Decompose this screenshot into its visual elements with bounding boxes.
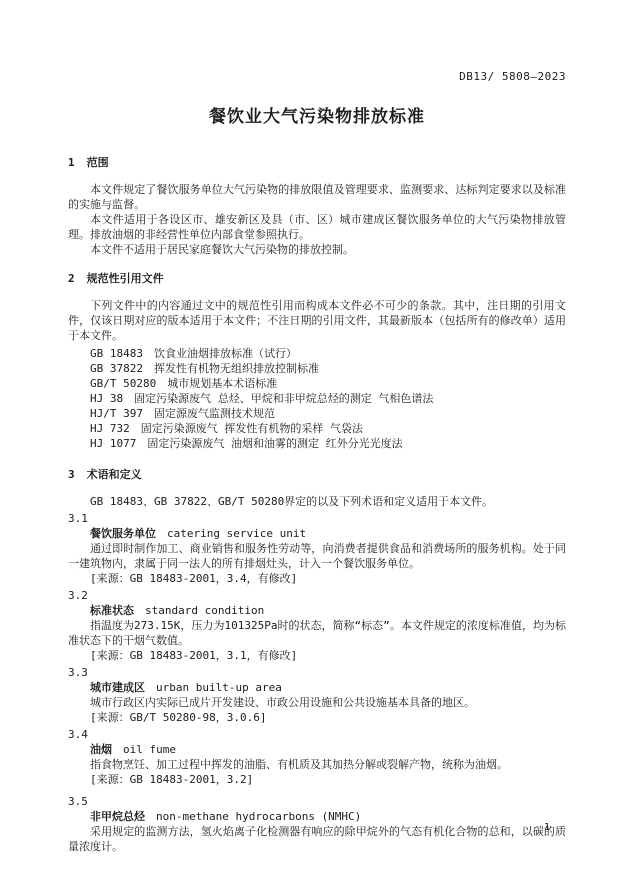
term-en: catering service unit [167, 527, 306, 540]
term-en: standard condition [145, 604, 264, 617]
reference-list: GB 18483饮食业油烟排放标准（试行） GB 37822挥发性有机物无组织排… [68, 346, 566, 451]
page-number: 1 [544, 822, 550, 834]
refs-intro: 下列文件中的内容通过文中的规范性引用而构成本文件必不可少的条款。其中，注日期的引… [68, 298, 566, 343]
term-source: [来源：GB 18483-2001，3.1，有修改] [68, 648, 566, 663]
section-title: 范围 [87, 156, 109, 169]
term-id: 3.2 [68, 588, 566, 603]
term-name: 标准状态standard condition [68, 603, 566, 618]
term-block: 3.3 城市建成区urban built-up area 城市行政区内实际已成片… [68, 665, 566, 725]
standard-code: DB13/ 5808—2023 [68, 70, 566, 83]
term-name: 油烟oil fume [68, 742, 566, 757]
reference-code: GB 18483 [90, 347, 143, 360]
reference-code: GB/T 50280 [90, 377, 156, 390]
reference-item: HJ 38固定污染源废气 总烃、甲烷和非甲烷总烃的测定 气相色谱法 [68, 391, 566, 406]
term-definition: 采用规定的监测方法，氢火焰离子化检测器有响应的除甲烷外的气态有机化合物的总和，以… [68, 824, 566, 854]
section-refs-heading: 2规范性引用文件 [68, 271, 566, 286]
reference-item: HJ 732固定污染源废气 挥发性有机物的采样 气袋法 [68, 421, 566, 436]
reference-code: HJ 732 [90, 422, 130, 435]
term-source: [来源：GB/T 50280-98，3.0.6] [68, 710, 566, 725]
term-zh: 城市建成区 [90, 681, 145, 694]
term-en: oil fume [123, 743, 176, 756]
reference-code: HJ 1077 [90, 437, 136, 450]
reference-title: 挥发性有机物无组织排放控制标准 [154, 362, 319, 375]
scope-paragraph: 本文件适用于各设区市、雄安新区及县（市、区）城市建成区餐饮服务单位的大气污染物排… [68, 212, 566, 242]
section-scope-heading: 1范围 [68, 155, 566, 170]
term-block: 3.1 餐饮服务单位catering service unit 通过即时制作加工… [68, 511, 566, 586]
document-title: 餐饮业大气污染物排放标准 [68, 107, 566, 127]
term-source: [来源：GB 18483-2001，3.4，有修改] [68, 571, 566, 586]
reference-title: 城市规划基本术语标准 [167, 377, 277, 390]
term-zh: 标准状态 [90, 604, 134, 617]
scope-paragraph: 本文件不适用于居民家庭餐饮大气污染物的排放控制。 [68, 242, 566, 257]
term-block: 3.4 油烟oil fume 指食物烹饪、加工过程中挥发的油脂、有机质及其加热分… [68, 727, 566, 787]
reference-item: HJ/T 397固定源废气监测技术规范 [68, 406, 566, 421]
term-zh: 油烟 [90, 743, 112, 756]
term-definition: 指温度为273.15K，压力为101325Pa时的状态，简称“标态”。本文件规定… [68, 618, 566, 648]
terms-intro: GB 18483、GB 37822、GB/T 50280界定的以及下列术语和定义… [68, 494, 566, 509]
term-block: 3.2 标准状态standard condition 指温度为273.15K，压… [68, 588, 566, 663]
term-source: [来源：GB 18483-2001，3.2] [68, 772, 566, 787]
section-number: 2 [68, 272, 75, 285]
document-page: DB13/ 5808—2023 餐饮业大气污染物排放标准 1范围 本文件规定了餐… [0, 0, 634, 893]
reference-code: HJ 38 [90, 392, 123, 405]
reference-item: GB 18483饮食业油烟排放标准（试行） [68, 346, 566, 361]
term-name: 非甲烷总烃non-methane hydrocarbons (NMHC) [68, 809, 566, 824]
term-id: 3.1 [68, 511, 566, 526]
term-name: 餐饮服务单位catering service unit [68, 526, 566, 541]
reference-title: 固定污染源废气 挥发性有机物的采样 气袋法 [141, 422, 363, 435]
term-definition: 指食物烹饪、加工过程中挥发的油脂、有机质及其加热分解或裂解产物，统称为油烟。 [68, 757, 566, 772]
section-title: 术语和定义 [87, 468, 142, 481]
reference-code: HJ/T 397 [90, 407, 143, 420]
reference-title: 饮食业油烟排放标准（试行） [154, 347, 297, 360]
scope-paragraph: 本文件规定了餐饮服务单位大气污染物的排放限值及管理要求、监测要求、达标判定要求以… [68, 182, 566, 212]
term-id: 3.5 [68, 794, 566, 809]
term-id: 3.4 [68, 727, 566, 742]
reference-title: 固定污染源废气 油烟和油雾的测定 红外分光光度法 [147, 437, 402, 450]
section-number: 3 [68, 468, 75, 481]
term-en: non-methane hydrocarbons (NMHC) [156, 810, 361, 823]
term-block: 3.5 非甲烷总烃non-methane hydrocarbons (NMHC)… [68, 794, 566, 854]
term-zh: 非甲烷总烃 [90, 810, 145, 823]
reference-item: HJ 1077固定污染源废气 油烟和油雾的测定 红外分光光度法 [68, 436, 566, 451]
reference-title: 固定源废气监测技术规范 [154, 407, 275, 420]
reference-code: GB 37822 [90, 362, 143, 375]
section-title: 规范性引用文件 [87, 272, 164, 285]
section-number: 1 [68, 156, 75, 169]
reference-item: GB 37822挥发性有机物无组织排放控制标准 [68, 361, 566, 376]
term-name: 城市建成区urban built-up area [68, 680, 566, 695]
term-zh: 餐饮服务单位 [90, 527, 156, 540]
term-definition: 城市行政区内实际已成片开发建设、市政公用设施和公共设施基本具备的地区。 [68, 695, 566, 710]
term-definition: 通过即时制作加工、商业销售和服务性劳动等，向消费者提供食品和消费场所的服务机构。… [68, 541, 566, 571]
reference-item: GB/T 50280城市规划基本术语标准 [68, 376, 566, 391]
reference-title: 固定污染源废气 总烃、甲烷和非甲烷总烃的测定 气相色谱法 [134, 392, 433, 405]
term-en: urban built-up area [156, 681, 282, 694]
section-terms-heading: 3术语和定义 [68, 467, 566, 482]
term-id: 3.3 [68, 665, 566, 680]
